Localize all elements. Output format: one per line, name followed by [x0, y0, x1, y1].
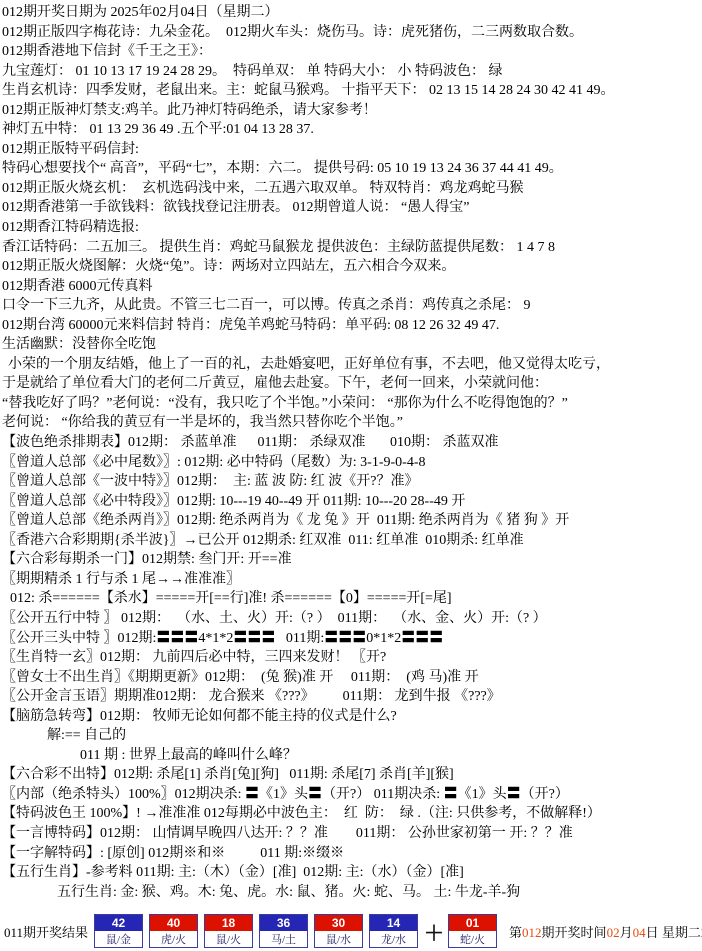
ball-number: 36 — [260, 915, 307, 931]
text-line: 012期香港地下信封《千王之王》： — [2, 42, 702, 62]
text-line: 011 期 : 世界上最高的峰叫什么峰？ — [2, 746, 702, 766]
text-line: 〖期期精杀 1 行与杀 1 尾→→准准准〗 — [2, 570, 702, 590]
text-line: 〖生肖特一玄〗012期： 九前四后必中特，三四来发财！ 〖开? — [2, 648, 702, 668]
text-line: 012期台湾 60000元来料信封 特肖：虎兔羊鸡蛇马特码：单平码: 08 12… — [2, 316, 702, 336]
result-ball: 18鼠/火 — [204, 914, 253, 948]
text-line: 特码心想要找个“ 高音”，平码“七”，本期：六二。 提供号码: 05 10 19… — [2, 159, 702, 179]
text-line: 生肖玄机诗：四季发财，老鼠出来。主：蛇鼠马猴鸡。 十指平天下： 02 13 15… — [2, 81, 702, 101]
results-label: 011期开奖结果 — [4, 922, 88, 941]
text-line: 〖曾道人总部《绝杀两肖》〗012期: 绝杀两肖为《 龙 兔 》开 011期: 绝… — [2, 511, 702, 531]
result-ball: 36马/土 — [259, 914, 308, 948]
text-line: 五行生肖: 金: 猴、鸡。木: 兔、虎。水: 鼠、猪。火: 蛇、马。 土: 牛龙… — [2, 883, 702, 903]
result-ball: 14龙/水 — [369, 914, 418, 948]
text-line: 【脑筋急转弯】012期： 牧师无论如何都不能主持的仪式是什么? — [2, 707, 702, 727]
result-balls: 42鼠/金40虎/火18鼠/火36马/土30鼠/水14龙/水＋01蛇/火 — [94, 914, 503, 948]
text-lines: 012期开奖日期为 2025年02月04日（星期二）012期正版四字梅花诗：九朵… — [0, 0, 702, 902]
text-line: 012期正版神灯禁支:鸡羊。此乃神灯特码绝杀，请大家参考！ — [2, 101, 702, 121]
ball-zodiac-element: 龙/水 — [370, 931, 417, 947]
result-ball: 40虎/火 — [149, 914, 198, 948]
ball-number: 42 — [95, 915, 142, 931]
text-line: 老何说： “你给我的黄豆有一半是坏的，我当然只替你吃个半饱。” — [2, 413, 702, 433]
text-line: 九宝莲灯： 01 10 13 17 19 24 28 29。 特码单双： 单 特… — [2, 62, 702, 82]
text-line: 〖曾女士不出生肖〗《期期更新》012期： (兔 猴)准 开 011期： (鸡 马… — [2, 668, 702, 688]
text-line: 【五行生肖】-参考料 011期: 主:（木）（金）[准] 012期: 主:（水）… — [2, 863, 702, 883]
text-line: 神灯五中特： 01 13 29 36 49 .五个平:01 04 13 28 3… — [2, 120, 702, 140]
next-draw-segment: 期开奖时间 — [542, 925, 607, 940]
text-line: 〖曾道人总部《必中尾数》〗: 012期: 必中特码（尾数）为: 3-1-9-0-… — [2, 453, 702, 473]
text-line: 012期正版四字梅花诗：九朵金花。 012期火车头：烧伤马。诗：虎死猪伤，二三两… — [2, 23, 702, 43]
text-line: 012期香港 6000元传真料 — [2, 277, 702, 297]
text-line: 【特码波色王 100%】! →准准准 012每期必中波色主： 红 防： 绿 .（… — [2, 804, 702, 824]
result-ball: 42鼠/金 — [94, 914, 143, 948]
result-ball: 30鼠/水 — [314, 914, 363, 948]
text-line: 012: 杀======【杀水】=====开[==行]准! 杀======【0】… — [2, 589, 702, 609]
ball-number: 14 — [370, 915, 417, 931]
lottery-tips-sheet: 012期开奖日期为 2025年02月04日（星期二）012期正版四字梅花诗：九朵… — [0, 0, 702, 951]
ball-number: 01 — [449, 915, 496, 931]
special-number-ball: 01蛇/火 — [448, 914, 497, 948]
text-line: 香江话特码：二五加三。 提供生肖：鸡蛇马鼠猴龙 提供波色：主绿防蓝提供尾数： 1… — [2, 238, 702, 258]
ball-zodiac-element: 鼠/火 — [205, 931, 252, 947]
next-draw-segment: 02 — [607, 925, 620, 940]
text-line: 012期开奖日期为 2025年02月04日（星期二） — [2, 3, 702, 23]
text-line: 〖公开金言玉语〗期期准012期： 龙合猴来 《???》 011期： 龙到牛报 《… — [2, 687, 702, 707]
text-line: 小荣的一个朋友结婚，他上了一百的礼，去赴婚宴吧，正好单位有事，不去吧，他又觉得太… — [2, 355, 702, 375]
ball-zodiac-element: 虎/火 — [150, 931, 197, 947]
ball-zodiac-element: 蛇/火 — [449, 931, 496, 947]
text-line: 〖曾道人总部《必中特段》〗012期: 10---19 40--49 开 011期… — [2, 492, 702, 512]
text-line: 【六合彩不出特】012期: 杀尾[1] 杀肖[兔][狗] 011期: 杀尾[7]… — [2, 765, 702, 785]
text-line: 012期正版火烧玄机： 玄机选码浅中来，二五遇六取双单。 特双特肖：鸡龙鸡蛇马猴 — [2, 179, 702, 199]
text-line: 生活幽默：没替你全吃饱 — [2, 335, 702, 355]
draw-results-row: 011期开奖结果 42鼠/金40虎/火18鼠/火36马/土30鼠/水14龙/水＋… — [0, 912, 702, 950]
next-draw-info: 第012期开奖时间02月04日 星期二21:30 — [509, 922, 702, 941]
text-line: 【一言博特码】012期： 山情调早晚四八达开: ？？准 011期： 公孙世家初第… — [2, 824, 702, 844]
ball-zodiac-element: 鼠/水 — [315, 931, 362, 947]
ball-number: 40 — [150, 915, 197, 931]
next-draw-segment: 012 — [522, 925, 542, 940]
next-draw-segment: 月 — [620, 925, 633, 940]
text-line: 【一字解特码】: [原创] 012期※和※ 011 期:※缀※ — [2, 844, 702, 864]
text-line: 〖香港六合彩期期{杀半波}〗→已公开 012期杀: 红双准 011: 红单准 0… — [2, 531, 702, 551]
ball-number: 18 — [205, 915, 252, 931]
ball-zodiac-element: 马/土 — [260, 931, 307, 947]
text-line: 〖公开五行中特 〗 012期： （水、土、火）开:（? ） 011期： （水、金… — [2, 609, 702, 629]
next-draw-segment: 日 星期二 — [646, 925, 701, 940]
next-draw-segment: 第 — [509, 925, 522, 940]
text-line: 口令一下三九齐，从此贵。不管三七二百一，可以博。传真之杀肖：鸡传真之杀尾： 9 — [2, 296, 702, 316]
text-line: 于是就给了单位看大门的老何二斤黄豆，雇他去赴宴。下午，老何一回来，小荣就问他： — [2, 374, 702, 394]
text-line: 【六合彩每期杀一门】012期禁: 叁门开: 开==准 — [2, 550, 702, 570]
text-line: 〖曾道人总部《一波中特》〗012期： 主: 蓝 波 防: 红 波《开?？准》 — [2, 472, 702, 492]
text-line: 012期香港第一手欲钱料：欲钱找登记注册表。 012期曾道人说： “愚人得宝” — [2, 198, 702, 218]
text-line: 012期正版特平码信封: — [2, 140, 702, 160]
plus-sign: ＋ — [424, 917, 444, 946]
text-line: 012期香江特码精选报: — [2, 218, 702, 238]
ball-zodiac-element: 鼠/金 — [95, 931, 142, 947]
text-line: 【波色绝杀排期表】012期： 杀蓝单准 011期： 杀绿双准 010期： 杀蓝双… — [2, 433, 702, 453]
ball-number: 30 — [315, 915, 362, 931]
text-line: 012期正版火烧图解：火烧“兔”。诗：两场对立四站左，五六相合今双来。 — [2, 257, 702, 277]
text-line: “替我吃好了吗？”老何说：“没有，我只吃了个半饱。”小荣问： “那你为什么不吃得… — [2, 394, 702, 414]
next-draw-segment: 04 — [633, 925, 646, 940]
text-line: 〖公开三头中特 〗012期:〓〓〓4*1*2〓〓〓 011期:〓〓〓0*1*2〓… — [2, 629, 702, 649]
text-line: 解:== 自己的 — [2, 726, 702, 746]
text-line: 〖内部（绝杀特头）100%〗012期决杀: 〓《1》头〓（开?） 011期决杀:… — [2, 785, 702, 805]
